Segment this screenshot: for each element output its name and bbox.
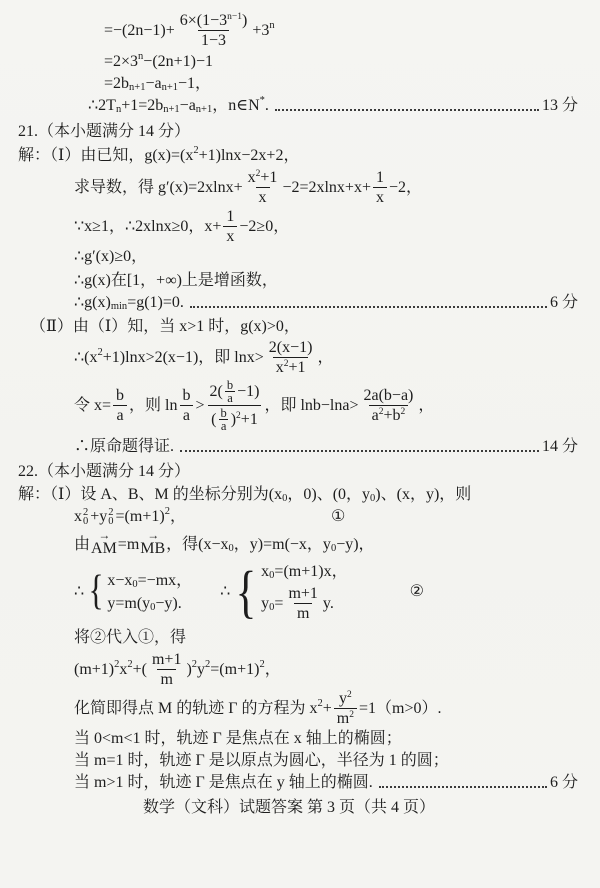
fraction-denominator: (ba)2+1 — [208, 405, 261, 432]
solution-line: 解：（Ⅰ）由已知，g(x)=(x2+1)lnx−2x+2， — [0, 146, 578, 166]
superscript: n — [269, 21, 274, 31]
text-run: . — [265, 96, 269, 116]
text-run: ， — [170, 507, 186, 527]
text-run: =(m+1) — [210, 660, 259, 680]
text-run: y — [339, 690, 347, 707]
text-run: −2=2xlnx+x+ — [282, 178, 371, 198]
fraction-numerator: m+1 — [285, 585, 320, 603]
text-run: a — [221, 420, 227, 432]
text-run: 化简即得点 M 的轨迹 Γ 的方程为 x — [74, 699, 317, 719]
subscript: 0 — [229, 544, 234, 554]
text-run: a — [372, 407, 379, 424]
text-run: x — [74, 507, 82, 527]
fraction-numerator: y2 — [336, 690, 355, 708]
text-run: ∴(x — [74, 348, 98, 368]
text-run: ( — [211, 411, 216, 428]
brace-glyph: { — [236, 567, 257, 616]
spacer — [186, 517, 331, 518]
fraction-denominator: x2+1 — [273, 357, 309, 376]
superscript: 2 — [401, 407, 406, 417]
text-run: ∴g′(x)≥0， — [74, 247, 147, 267]
text-run: m+1 — [288, 585, 317, 602]
text-run: m+1 — [152, 651, 181, 668]
fraction-denominator: a — [219, 419, 229, 432]
spacer — [194, 592, 220, 593]
text-run: b — [227, 379, 233, 391]
superscript: 2 — [347, 690, 352, 700]
fraction-denominator: m — [157, 669, 175, 688]
superscript: 2 — [317, 699, 322, 709]
fraction-denominator: m — [294, 603, 312, 622]
text-run: +1)lnx−2x+2， — [199, 146, 300, 166]
brace-glyph: { — [89, 574, 104, 610]
superscript: 2 — [236, 411, 241, 421]
text-run: =(m+1) — [116, 507, 165, 527]
text-run: =2b — [104, 74, 129, 94]
text-run: 当 m>1 时，轨迹 Γ 是焦点在 y 轴上的椭圆. — [74, 773, 373, 793]
text-run: ① — [331, 507, 345, 527]
text-run: ∴g(x) — [74, 293, 111, 313]
equation-line: ∴g(x)在[1，+∞)上是增函数， — [0, 271, 578, 291]
equation-line: =2×3n−(2n+1)−1 — [0, 52, 578, 72]
fraction: ba — [218, 407, 228, 432]
text-run: x — [248, 169, 256, 186]
fraction: 2(ba−1)(ba)2+1 — [207, 379, 263, 432]
subscript: 0 — [370, 494, 375, 504]
subscript: 0 — [269, 603, 274, 613]
fraction-numerator: x2+1 — [245, 169, 281, 187]
text-run: ∵x≥1，∴2xlnx≥0，x+ — [74, 217, 221, 237]
subscript: n+1 — [162, 83, 178, 93]
superscript: n−1 — [227, 12, 242, 22]
text-run: > — [195, 396, 204, 416]
text-run: 令 x= — [74, 396, 111, 416]
text-run: b — [182, 387, 190, 404]
fraction-numerator: b — [218, 407, 228, 419]
text-run: b — [220, 407, 226, 419]
text-run: 解：（Ⅰ）设 A、B、M 的坐标分别为(x — [18, 485, 282, 505]
text-run: 1 — [226, 208, 234, 225]
fraction-numerator: 1 — [223, 208, 237, 226]
text-run: −y)， — [336, 535, 374, 555]
text-run: +1 — [288, 359, 305, 376]
fraction: y2m2 — [334, 690, 357, 727]
text-run: 21.（本小题满分 14 分） — [18, 122, 190, 142]
text-run: +1)lnx>2(x−1)，即 lnx> — [103, 348, 264, 368]
text-run: x — [376, 189, 384, 206]
superscript: 2 — [165, 507, 170, 517]
subscript: 0 — [150, 603, 155, 613]
subscript: n+1 — [196, 105, 212, 115]
text-run: 当 0<m<1 时，轨迹 Γ 是焦点在 x 轴上的椭圆； — [74, 729, 402, 749]
case-line: 当 m=1 时，轨迹 Γ 是以原点为圆心，半径为 1 的圆； — [0, 751, 578, 771]
superscript: 2 — [349, 710, 354, 720]
subscript: 0 — [132, 580, 137, 590]
fraction-denominator: x — [373, 187, 387, 206]
vector-arrow-icon: → — [98, 532, 109, 540]
superscript: * — [260, 96, 265, 106]
equation-line: 由→AM=m→MB，得(x−x0，y)=m(−x，y0−y)， — [0, 532, 578, 557]
problem-22-heading: 22.（本小题满分 14 分） — [0, 462, 578, 482]
superscript: 2 — [193, 146, 198, 156]
score-label: 14 分 — [542, 437, 578, 457]
text-run: ，得(x−x — [166, 535, 228, 555]
fraction: m+1m — [285, 585, 320, 622]
superscript: 2 — [192, 660, 197, 670]
fraction-numerator: m+1 — [149, 651, 184, 669]
problem-21-heading: 21.（本小题满分 14 分） — [0, 122, 578, 142]
text-run: −2≥0， — [239, 217, 289, 237]
conclusion-score-line: ∴原命题得证.14 分 — [0, 437, 578, 457]
text-run: 当 m=1 时，轨迹 Γ 是以原点为圆心，半径为 1 的圆； — [74, 751, 449, 771]
fraction-numerator: b — [179, 387, 193, 405]
text-run: =2×3 — [104, 52, 138, 72]
text-run: 1 — [376, 169, 384, 186]
subscript: n+1 — [163, 105, 179, 115]
subscript: min — [111, 302, 127, 312]
text-run: 2(x−1) — [269, 339, 313, 356]
superscript: n — [138, 52, 143, 62]
text-run: (m+1) — [74, 660, 114, 680]
fraction-numerator: 6×(1−3n−1) — [177, 12, 251, 30]
text-run: ∴g(x)在[1，+∞)上是增函数， — [74, 271, 278, 291]
system-row: x0=(m+1)x， — [261, 562, 347, 582]
text-run: =(m+1)x， — [274, 562, 347, 582]
superscript: 2 — [379, 407, 384, 417]
subscript: 0 — [108, 517, 113, 526]
system-row: y=m(y0−y). — [107, 594, 181, 614]
text-run: ，则 ln — [129, 396, 177, 416]
text-run: +1=2b — [121, 96, 163, 116]
equation-line: (m+1)2x2+(m+1m)2y2=(m+1)2， — [0, 651, 578, 688]
fraction-denominator: x — [223, 226, 237, 245]
fraction-numerator: 1 — [373, 169, 387, 187]
text-run: y=m(y — [107, 594, 150, 614]
fraction: 2(x−1)x2+1 — [266, 339, 316, 376]
superscript: 2 — [284, 359, 289, 369]
conclusion-score-line: 当 m>1 时，轨迹 Γ 是焦点在 y 轴上的椭圆.6 分 — [0, 773, 578, 793]
text-run: =g(1)=0. — [127, 293, 184, 313]
system-rows: x−x0=−mx，y=m(y0−y). — [107, 571, 192, 614]
text-run: ，0)、(0，y — [287, 485, 370, 505]
subscript: n+1 — [129, 83, 145, 93]
equation-line: 令 x=ba，则 lnba>2(ba−1)(ba)2+1，即 lnb−lna>2… — [0, 379, 578, 432]
text-run: +( — [133, 660, 147, 680]
superscript: 2 — [205, 660, 210, 670]
subscript: 0 — [331, 544, 336, 554]
fraction-numerator: 2(x−1) — [266, 339, 316, 357]
text-run: ∴2T — [88, 96, 116, 116]
equation-system: {x−x0=−mx，y=m(y0−y). — [86, 571, 192, 614]
fraction-denominator: 1−3 — [198, 30, 229, 49]
text-run: a — [227, 392, 233, 404]
text-run: x — [119, 660, 127, 680]
text-run: x−x — [107, 571, 132, 591]
text-run: y — [261, 594, 269, 614]
subscript: 0 — [83, 517, 88, 526]
text-run: （Ⅱ）由（Ⅰ）知，当 x>1 时，g(x)>0， — [30, 317, 300, 337]
text-run: 求导数，得 g′(x)=2xlnx+ — [74, 178, 243, 198]
superscript: 2 — [98, 348, 103, 358]
score-label: 6 分 — [550, 773, 578, 793]
fraction-numerator: b — [113, 387, 127, 405]
equation-line: ∴(x2+1)lnx>2(x−1)，即 lnx>2(x−1)x2+1， — [0, 339, 578, 376]
equation-line-numbered: x20+y20=(m+1)2，① — [0, 507, 578, 527]
text-run: m — [297, 605, 309, 622]
fraction: ba — [225, 379, 235, 404]
text-run: =m — [118, 535, 139, 555]
solution-line: 将②代入①，得 — [0, 628, 578, 648]
text-run: ∴ — [74, 582, 84, 602]
system-rows: x0=(m+1)x，y0=m+1my. — [261, 562, 347, 622]
subscript: 0 — [269, 571, 274, 581]
dotted-leader — [275, 109, 539, 111]
text-run: −2， — [389, 178, 422, 198]
text-run: +y — [90, 507, 107, 527]
equation-line: ∵x≥1，∴2xlnx≥0，x+1x−2≥0， — [0, 208, 578, 245]
text-run: 2a(b−a) — [364, 387, 414, 404]
vector-name: MB — [140, 540, 165, 557]
sub-sup-stack: 20 — [83, 508, 88, 526]
text-run: ，即 lnb−lna> — [264, 396, 358, 416]
text-run: x — [261, 562, 269, 582]
text-run: −y). — [155, 594, 181, 614]
fraction-numerator: 2a(b−a) — [361, 387, 417, 405]
vector-arrow-icon: → — [147, 532, 158, 540]
solution-line: 解：（Ⅰ）设 A、B、M 的坐标分别为(x0，0)、(0，y0)、(x，y)，则 — [0, 485, 578, 505]
conclusion-score-line: ∴g(x)min=g(1)=0.6 分 — [0, 293, 578, 313]
text-run: m — [337, 710, 349, 727]
text-run: m — [160, 671, 172, 688]
sub-sup-stack: 20 — [108, 508, 113, 526]
vector-name: AM — [91, 540, 117, 557]
fraction: ba — [179, 387, 193, 424]
text-run: 1−3 — [201, 32, 226, 49]
text-run: −(2n+1)−1 — [143, 52, 213, 72]
text-run: −1) — [237, 383, 259, 400]
text-run: a — [116, 407, 123, 424]
text-run: 解：（Ⅰ）由已知，g(x)=(x — [18, 146, 193, 166]
text-run: = — [274, 594, 283, 614]
dotted-leader — [180, 450, 539, 452]
text-run: x — [259, 189, 267, 206]
fraction-denominator: a — [180, 405, 193, 424]
page-footer: 数学（文科）试题答案 第 3 页（共 4 页） — [0, 798, 578, 818]
equation-line: 化简即得点 M 的轨迹 Γ 的方程为 x2+y2m2=1（m>0）. — [0, 690, 578, 727]
text-run: −1， — [178, 74, 211, 94]
text-run: )、(x，y)，则 — [375, 485, 471, 505]
fraction-denominator: a2+b2 — [369, 405, 409, 424]
score-label: 6 分 — [550, 293, 578, 313]
text-run: ， — [265, 660, 281, 680]
text-run: +b — [383, 407, 400, 424]
equation-line: =2bn+1−an+1−1， — [0, 74, 578, 94]
fraction-denominator: a — [113, 405, 126, 424]
fraction-numerator: 2(ba−1) — [207, 379, 263, 405]
fraction-denominator: x — [256, 187, 270, 206]
text-run: +1 — [260, 169, 277, 186]
superscript: 2 — [127, 660, 132, 670]
text-run: x — [276, 359, 284, 376]
text-run: =1（m>0）. — [359, 699, 442, 719]
equation-line: ∴g′(x)≥0， — [0, 247, 578, 267]
text-run: ② — [410, 582, 424, 602]
text-run: ，y)=m(−x，y — [234, 535, 331, 555]
text-run: + — [323, 699, 332, 719]
text-run: a — [183, 407, 190, 424]
text-run: 将②代入①，得 — [74, 628, 186, 648]
text-run: ， — [317, 348, 333, 368]
case-line: 当 0<m<1 时，轨迹 Γ 是焦点在 x 轴上的椭圆； — [0, 729, 578, 749]
text-run: 数学（文科）试题答案 第 3 页（共 4 页） — [143, 798, 435, 818]
fraction: m+1m — [149, 651, 184, 688]
equation-system: {x0=(m+1)x，y0=m+1my. — [232, 562, 347, 622]
text-run: =−(2n−1)+ — [104, 21, 175, 41]
text-run: +1 — [241, 411, 258, 428]
text-run: ∴ — [220, 582, 230, 602]
text-run: ， — [418, 396, 434, 416]
fraction: 6×(1−3n−1)1−3 — [177, 12, 251, 49]
text-run: y — [197, 660, 205, 680]
fraction-denominator: a — [225, 391, 235, 404]
text-run: 由 — [74, 535, 90, 555]
text-run: b — [116, 387, 124, 404]
conclusion-score-line: ∴2Tn+1=2bn+1−an+1，n∈N*.13 分 — [0, 96, 578, 116]
text-run: =−mx， — [138, 571, 193, 591]
dotted-leader — [190, 306, 547, 308]
superscript: 2 — [114, 660, 119, 670]
fraction: x2+1x — [245, 169, 281, 206]
text-run: 2( — [210, 383, 223, 400]
fraction-denominator: m2 — [334, 708, 357, 727]
subscript: n — [116, 105, 121, 115]
fraction: 2a(b−a)a2+b2 — [361, 387, 417, 424]
superscript: 2 — [256, 169, 261, 179]
subscript: 0 — [282, 494, 287, 504]
equation-line: =−(2n−1)+6×(1−3n−1)1−3+3n — [0, 12, 578, 49]
text-run: −a — [145, 74, 161, 94]
vector: →MB — [140, 532, 165, 557]
text-run: ) — [242, 12, 247, 29]
text-run: ∴原命题得证. — [74, 437, 174, 457]
fraction-numerator: b — [225, 379, 235, 391]
fraction: ba — [113, 387, 127, 424]
system-row: x−x0=−mx， — [107, 571, 192, 591]
system-row: y0=m+1my. — [261, 585, 334, 622]
dotted-leader — [379, 786, 547, 788]
score-label: 13 分 — [542, 96, 578, 116]
spacer — [350, 592, 410, 593]
text-run: 22.（本小题满分 14 分） — [18, 462, 190, 482]
equation-line: 求导数，得 g′(x)=2xlnx+x2+1x−2=2xlnx+x+1x−2， — [0, 169, 578, 206]
solution-line: （Ⅱ）由（Ⅰ）知，当 x>1 时，g(x)>0， — [0, 317, 578, 337]
exam-answer-page: =−(2n−1)+6×(1−3n−1)1−3+3n=2×3n−(2n+1)−1=… — [0, 0, 600, 888]
text-run: +3 — [252, 21, 269, 41]
equation-line-numbered: ∴{x−x0=−mx，y=m(y0−y).∴{x0=(m+1)x，y0=m+1m… — [0, 562, 578, 622]
vector: →AM — [91, 532, 117, 557]
fraction: 1x — [223, 208, 237, 245]
text-run: −a — [180, 96, 196, 116]
fraction: 1x — [373, 169, 387, 206]
superscript: 2 — [259, 660, 264, 670]
text-run: x — [226, 228, 234, 245]
text-run: y. — [323, 594, 334, 614]
text-run: 6×(1−3 — [180, 12, 227, 29]
text-run: ，n∈N — [212, 96, 259, 116]
